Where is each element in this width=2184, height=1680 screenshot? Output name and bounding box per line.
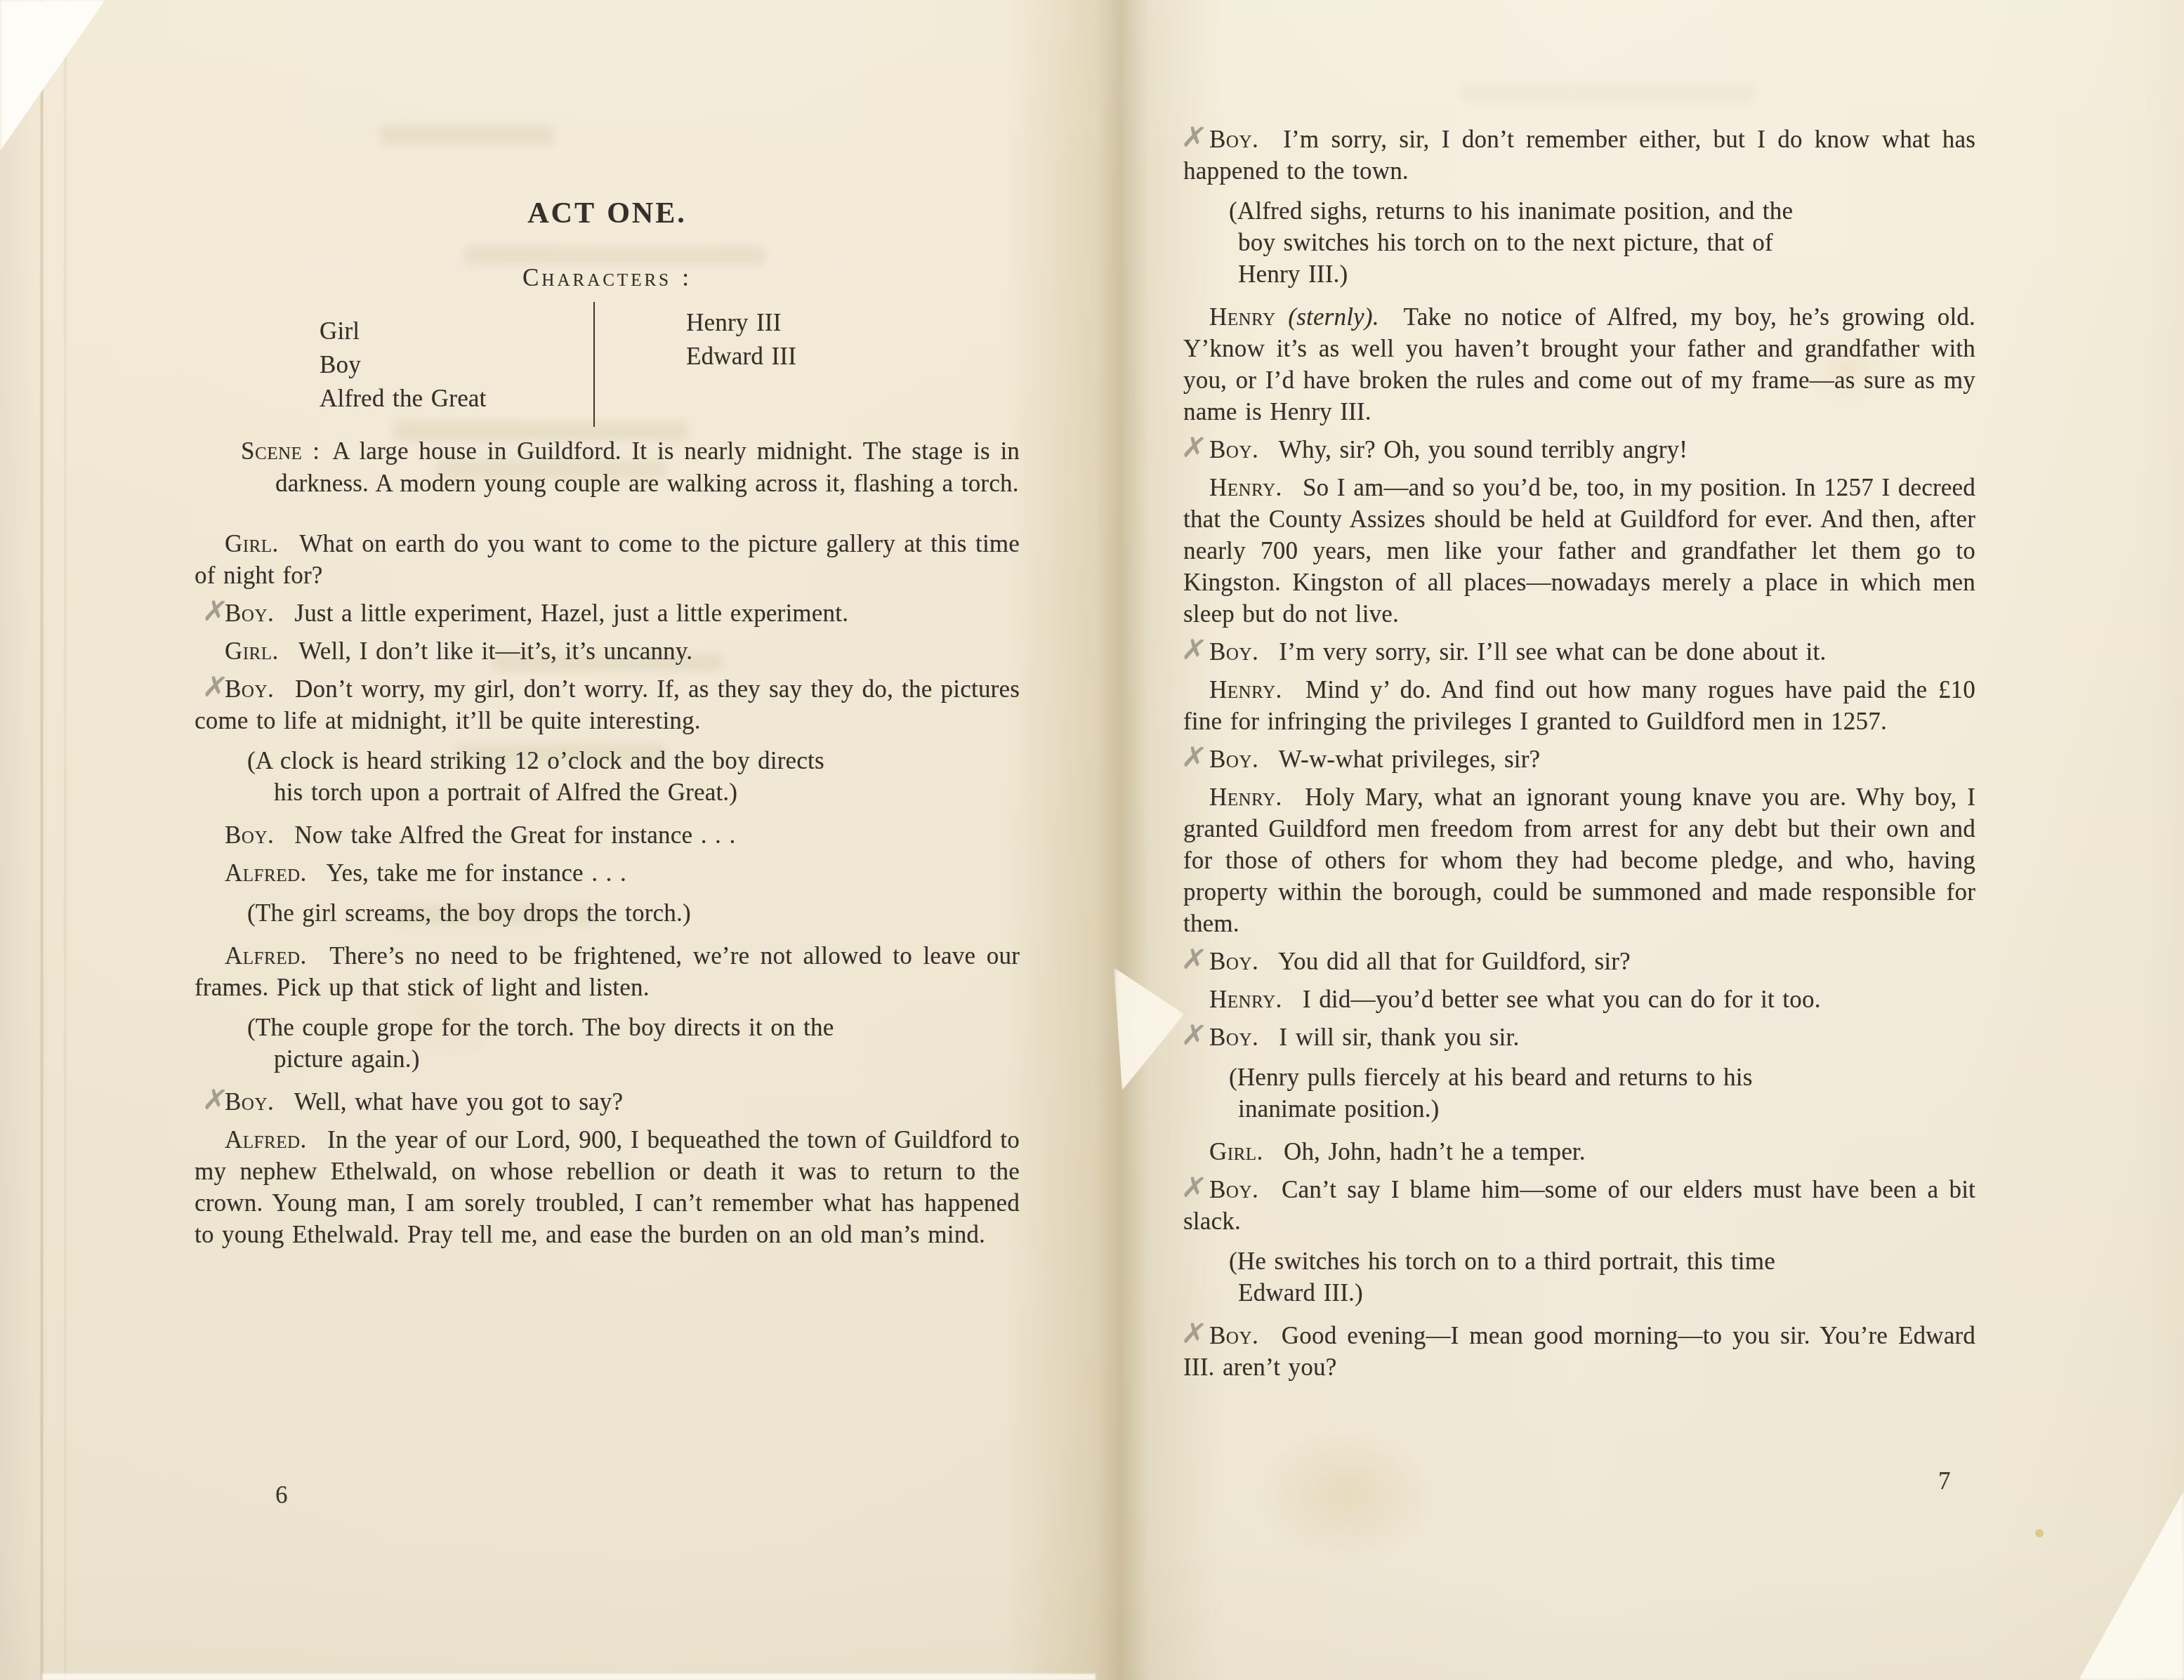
speaker-name: Alfred. bbox=[225, 1126, 307, 1153]
speech-line: Girl. Oh, John, hadn’t he a temper. bbox=[1183, 1136, 1975, 1168]
speech-line: Henry. Holy Mary, what an ignorant young… bbox=[1183, 781, 1975, 939]
characters-list: GirlBoyAlfred the Great Henry IIIEdward … bbox=[195, 312, 1020, 418]
speech-line: ✗Boy. I will sir, thank you sir. bbox=[1183, 1021, 1975, 1053]
characters-divider bbox=[593, 302, 595, 427]
character-name: Edward III bbox=[686, 340, 796, 373]
speech-line: Henry (sternly). Take no notice of Alfre… bbox=[1183, 301, 1975, 428]
speech-line: Henry. Mind y’ do. And find out how many… bbox=[1183, 674, 1975, 737]
speech-line: Girl. What on earth do you want to come … bbox=[195, 528, 1020, 591]
dialogue-right: ✗Boy. I’m sorry, sir, I don’t remember e… bbox=[1183, 124, 1975, 1383]
stage-direction: (A clock is heard striking 12 o’clock an… bbox=[274, 745, 857, 808]
speech-line: Girl. Well, I don’t like it—it’s, it’s u… bbox=[195, 635, 1020, 667]
speaker-name: Boy. bbox=[1209, 1322, 1258, 1349]
speech-line: ✗Boy. You did all that for Guildford, si… bbox=[1183, 946, 1975, 977]
speaker-name: Girl. bbox=[1209, 1138, 1263, 1165]
pencil-x-mark: ✗ bbox=[1180, 740, 1209, 774]
speech-line: ✗Boy. I’m very sorry, sir. I’ll see what… bbox=[1183, 636, 1975, 668]
speech-line: ✗Boy. Well, what have you got to say? bbox=[195, 1086, 1020, 1118]
pencil-x-mark: ✗ bbox=[1180, 1170, 1209, 1205]
speech-line: ✗Boy. Can’t say I blame him—some of our … bbox=[1183, 1174, 1975, 1237]
act-title: ACT ONE. bbox=[195, 198, 1020, 230]
speaker-name: Boy. bbox=[1209, 436, 1258, 463]
character-name: Girl bbox=[320, 315, 487, 348]
pencil-x-mark: ✗ bbox=[1180, 942, 1209, 977]
stage-direction: (The girl screams, the boy drops the tor… bbox=[274, 897, 857, 929]
speech-line: ✗Boy. Don’t worry, my girl, don’t worry.… bbox=[195, 673, 1020, 736]
scan-edge-crease bbox=[65, 0, 66, 1680]
dialogue-left: Girl. What on earth do you want to come … bbox=[195, 528, 1020, 1250]
show-through-ghost bbox=[1461, 84, 1756, 102]
pencil-x-mark: ✗ bbox=[1180, 120, 1209, 154]
speaker-name: Henry. bbox=[1209, 783, 1282, 811]
scene-description: Scene : A large house in Guildford. It i… bbox=[275, 435, 1020, 500]
speech-line: ✗Boy. I’m sorry, sir, I don’t remember e… bbox=[1183, 124, 1975, 187]
speaker-name: Alfred. bbox=[225, 859, 307, 887]
speech-line: Boy. Now take Alfred the Great for insta… bbox=[195, 819, 1020, 851]
characters-column-right: Henry IIIEdward III bbox=[686, 306, 796, 373]
pencil-x-mark: ✗ bbox=[1180, 1316, 1209, 1351]
paper-stain bbox=[1257, 1425, 1440, 1566]
pencil-x-mark: ✗ bbox=[1180, 1018, 1209, 1052]
characters-column-left: GirlBoyAlfred the Great bbox=[320, 315, 487, 416]
speech-line: Alfred. Yes, take me for instance . . . bbox=[195, 857, 1020, 889]
speaker-name: Boy. bbox=[1209, 1176, 1258, 1203]
speaker-name: Girl. bbox=[225, 637, 279, 665]
speech-line: ✗Boy. Why, sir? Oh, you sound terribly a… bbox=[1183, 434, 1975, 465]
book-spread-scan: ACT ONE. Characters : GirlBoyAlfred the … bbox=[0, 0, 2184, 1680]
page-6-content: ACT ONE. Characters : GirlBoyAlfred the … bbox=[195, 198, 1020, 1257]
show-through-ghost bbox=[379, 125, 555, 146]
pencil-x-mark: ✗ bbox=[201, 594, 230, 628]
stage-direction: (Henry pulls fiercely at his beard and r… bbox=[1238, 1061, 1800, 1125]
speech-qualifier: (sternly). bbox=[1275, 303, 1379, 331]
speaker-name: Henry bbox=[1209, 303, 1275, 331]
characters-heading: Characters : bbox=[195, 262, 1020, 293]
speaker-name: Boy. bbox=[225, 821, 274, 849]
page-7-content: ✗Boy. I’m sorry, sir, I don’t remember e… bbox=[1183, 124, 1975, 1389]
speaker-name: Henry. bbox=[1209, 986, 1282, 1013]
gutter-crease bbox=[1114, 967, 1184, 1090]
pencil-x-mark: ✗ bbox=[1180, 633, 1209, 667]
speaker-name: Boy. bbox=[225, 600, 274, 627]
speaker-name: Girl. bbox=[225, 530, 279, 557]
scene-label: Scene : bbox=[241, 437, 320, 465]
stage-direction: (The couple grope for the torch. The boy… bbox=[274, 1012, 857, 1075]
paper-fleck bbox=[2035, 1529, 2044, 1537]
pencil-x-mark: ✗ bbox=[1180, 430, 1209, 465]
character-name: Henry III bbox=[686, 306, 796, 340]
stage-direction: (Alfred sighs, returns to his inanimate … bbox=[1238, 195, 1800, 290]
scene-text: A large house in Guildford. It is nearly… bbox=[275, 437, 1020, 497]
speaker-name: Boy. bbox=[225, 1088, 274, 1116]
character-name: Alfred the Great bbox=[320, 382, 487, 416]
speech-line: Henry. I did—you’d better see what you c… bbox=[1183, 984, 1975, 1015]
scan-edge-crease bbox=[41, 0, 43, 1680]
page-corner-wedge bbox=[0, 0, 105, 151]
speech-line: ✗Boy. Just a little experiment, Hazel, j… bbox=[195, 597, 1020, 629]
speaker-name: Boy. bbox=[1209, 948, 1258, 975]
page-number-right: 7 bbox=[1938, 1467, 1951, 1495]
speech-line: Alfred. There’s no need to be frightened… bbox=[195, 940, 1020, 1003]
speech-line: Henry. So I am—and so you’d be, too, in … bbox=[1183, 472, 1975, 630]
speech-line: Alfred. In the year of our Lord, 900, I … bbox=[195, 1124, 1020, 1250]
speaker-name: Alfred. bbox=[225, 942, 307, 970]
page-number-left: 6 bbox=[275, 1481, 288, 1509]
speaker-name: Boy. bbox=[1209, 638, 1258, 666]
stage-direction: (He switches his torch on to a third por… bbox=[1238, 1245, 1800, 1309]
speaker-name: Henry. bbox=[1209, 474, 1282, 501]
speech-line: ✗Boy. W-w-what privileges, sir? bbox=[1183, 743, 1975, 775]
pencil-x-mark: ✗ bbox=[201, 1083, 230, 1117]
scan-bottom-edge bbox=[42, 1674, 1096, 1680]
speaker-name: Boy. bbox=[1209, 1024, 1258, 1051]
speech-line: ✗Boy. Good evening—I mean good morning—t… bbox=[1183, 1320, 1975, 1383]
speaker-name: Boy. bbox=[1209, 746, 1258, 773]
page-corner-wedge bbox=[2079, 1490, 2184, 1680]
speaker-name: Henry. bbox=[1209, 676, 1282, 703]
pencil-x-mark: ✗ bbox=[201, 670, 230, 704]
character-name: Boy bbox=[320, 348, 487, 382]
speaker-name: Boy. bbox=[225, 675, 274, 703]
speaker-name: Boy. bbox=[1209, 126, 1258, 153]
